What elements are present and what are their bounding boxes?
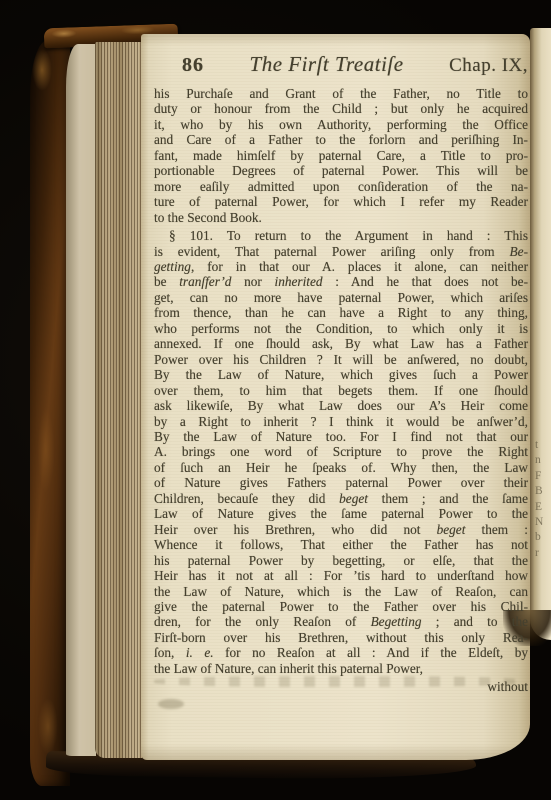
text-line: Heir over his Brethren, who did not bege… (154, 522, 528, 537)
text-line: is evident, That paternal Power ariſing … (154, 244, 528, 259)
text-line: of Nature gives Fathers paternal Power o… (154, 475, 528, 490)
text-line: his Purchaſe and Grant of the Father, no… (154, 86, 528, 101)
text-line: his paternal Power by begetting, or elſe… (154, 553, 528, 568)
next-page-text-fragments: tnFBENbr (537, 438, 551, 561)
text-line: Heir has it not at all : For ’tis hard t… (154, 568, 528, 583)
text-line: it, who by his own Authority, performing… (154, 117, 528, 132)
text-line: by a Right to inherit ? I think it would… (154, 414, 528, 429)
text-line: annexed. If one ſhould ask, By what Law … (154, 336, 528, 351)
partial-letter: b (535, 530, 551, 545)
text-line: Firſt-born over his Brethren, without th… (154, 630, 528, 645)
text-line: Power over his Children ? It will be anſ… (154, 352, 528, 367)
text-line: to the Second Book. (154, 210, 528, 225)
page-gutter-margin (66, 44, 96, 756)
book-spine-leather (30, 40, 70, 786)
page-text-column: 86 The Firſt Treatiſe Chap. IX, his Purc… (154, 52, 528, 695)
paragraph: § 101. To return to the Argument in hand… (154, 228, 528, 676)
partial-letter: B (535, 484, 551, 499)
text-line: who performs not the Condition, to which… (154, 321, 528, 336)
text-line: getting, for in that our A. places it al… (154, 259, 528, 274)
text-line: ſon, i. e. for no Reaſon at all : And if… (154, 645, 528, 660)
text-line: the Law of Nature, which is the Law of R… (154, 584, 528, 599)
text-line: Whence it follows, That either the Fathe… (154, 537, 528, 552)
paragraph: his Purchaſe and Grant of the Father, no… (154, 86, 528, 225)
text-line: give the paternal Power to the Father ov… (154, 599, 528, 614)
photo-background: tnFBENbr 86 The Firſt Treatiſe Chap. IX,… (0, 0, 551, 800)
partial-letter: t (535, 438, 551, 453)
text-line: ask likewiſe, By what Law does our A’s H… (154, 398, 528, 413)
text-line: fant, made himſelf by paternal Care, a T… (154, 148, 528, 163)
text-line: the Law of Nature, can inherit this pate… (154, 661, 528, 676)
text-line: ture of paternal Power, for which I refe… (154, 194, 528, 209)
text-line: over them, to him that begets them. If o… (154, 383, 528, 398)
text-line: A. brings one word of Scripture to prove… (154, 444, 528, 459)
text-line: duty or honour from the Child ; but only… (154, 101, 528, 116)
text-line: and Care of a Father to the forlorn and … (154, 132, 528, 147)
text-line: Children, becauſe they did beget them ; … (154, 491, 528, 506)
partial-letter: N (535, 515, 551, 530)
text-line: be tranſfer’d nor inherited : And he tha… (154, 274, 528, 289)
text-line: more eaſily admitted upon conſideration … (154, 179, 528, 194)
text-line: of ſuch an Heir he ſpeaks of. Why then, … (154, 460, 528, 475)
text-line: dren, for the only Reaſon of Begetting ;… (154, 614, 528, 629)
text-line: By the Law of Nature, which gives ſuch a… (154, 367, 528, 382)
partial-letter: n (535, 453, 551, 468)
text-line: § 101. To return to the Argument in hand… (154, 228, 528, 243)
text-line: get, can no more have paternal Power, wh… (154, 290, 528, 305)
partial-letter: E (535, 500, 551, 515)
stacked-page-edges (95, 42, 142, 758)
text-line: Law of Nature gives the ſame paternal Po… (154, 506, 528, 521)
ink-show-through-smudge (154, 676, 526, 687)
page-number: 86 (182, 54, 204, 77)
running-title: The Firſt Treatiſe (204, 52, 449, 77)
chapter-heading: Chap. IX, (449, 55, 528, 77)
ink-smudge-blob (158, 699, 184, 709)
next-page-edge: tnFBENbr (530, 28, 551, 640)
text-line: By the Law of Nature too. For I find not… (154, 429, 528, 444)
running-header: 86 The Firſt Treatiſe Chap. IX, (154, 52, 528, 77)
partial-letter: r (535, 546, 551, 561)
text-line: portionable Degrees of paternal Power. T… (154, 163, 528, 178)
partial-letter: F (535, 469, 551, 484)
page-body-text: his Purchaſe and Grant of the Father, no… (154, 86, 528, 676)
text-line: from thence, than he can have a Right to… (154, 305, 528, 320)
